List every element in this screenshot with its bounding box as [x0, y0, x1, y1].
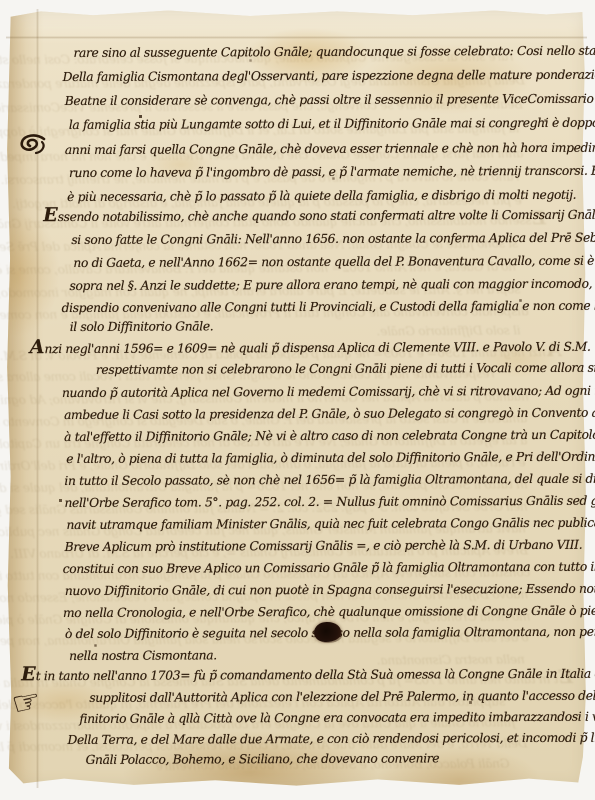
- manuscript-line: la famiglia stia più Lungamte sotto di L…: [69, 115, 595, 133]
- manuscript-line: à tal'effetto il Diffinitorio Gnāle; Nè …: [64, 427, 595, 446]
- ink-blot: [314, 622, 341, 642]
- manuscript-line: Della Terra, e del Mare dalle due Armate…: [67, 729, 595, 748]
- manuscript-line: constitui con suo Breve Aplico un Comiss…: [63, 559, 595, 577]
- manuscript-line: Breve Aplicum prò institutione Comissari…: [65, 537, 583, 555]
- margin-flourish-icon: [16, 132, 50, 168]
- manuscript-line: e l'altro, ò piena di tutta la famiglia,…: [66, 449, 595, 467]
- manuscript-line: rare sino al susseguente Capitolo Gnāle;…: [73, 42, 595, 61]
- manuscript-line: Anzi negl'anni 1596= e 1609= nè quali p̃…: [30, 337, 591, 357]
- manuscript-line: finitorio Gnāle à qllà Città ove là Cong…: [79, 709, 595, 727]
- manuscript-line: nella nostra Cismontana.: [69, 647, 217, 664]
- manuscript-line: respettivamte non si celebrarono le Cong…: [96, 359, 595, 378]
- manuscript-line: mo nella Cronologia, e nell'Orbe Serafic…: [63, 603, 595, 621]
- handwritten-text: rare sino al susseguente Capitolo Gnāle;…: [0, 0, 595, 800]
- manuscript-line: Beatne il considerare sè convenga, chè p…: [65, 90, 595, 109]
- manuscript-line: nell'Orbe Serafico tom. 5°. pag. 252. co…: [64, 493, 595, 511]
- manuscript-line: Et in tanto nell'anno 1703= fù p̃ comand…: [21, 664, 595, 685]
- manuscript-line: anni mai farsi quella Congne Gnāle, chè …: [65, 139, 595, 158]
- manuscript-line: supplitosi dall'Auttorità Aplica con l'e…: [89, 688, 595, 706]
- manuscript-line: no di Gaeta, e nell'Anno 1662= non ostan…: [73, 253, 595, 271]
- manuscript-line: nuovo Diffinitorio Gnāle, di cui non puo…: [65, 581, 595, 599]
- manuscript-line: Gnāli Polacco, Bohemo, e Siciliano, che …: [86, 750, 440, 768]
- manuscript-line: in tutto il Secolo passato, sè non chè n…: [64, 471, 595, 489]
- ink-specks: [0, 0, 1, 1]
- manuscript-line: nuando p̃ autorità Aplica nel Governo li…: [62, 382, 595, 401]
- manuscript-line: sopra nel §. Anzi le suddette; E pure al…: [69, 276, 595, 294]
- manuscript-line: dispendio convenivano alle Congni tutti …: [62, 298, 595, 316]
- manuscript-line: Della famiglia Cismontana degl'Osservant…: [63, 66, 595, 85]
- manuscript-line: navit utramque familiam Minister Gnālis,…: [67, 515, 595, 533]
- manuscript-line: runo come lo haveva p̃ l'ingombro dè pas…: [69, 162, 595, 181]
- manuscript-line: è più necessaria, chè p̃ lo passato p̃ l…: [67, 187, 576, 205]
- manuscript-line: si sono fatte le Congni Gnāli: Nell'anno…: [71, 230, 595, 248]
- manuscript-scan: rare sino al susseguente Capitolo Gnāle;…: [0, 0, 595, 800]
- manuscript-line: il solo Diffinitorio Gnāle.: [70, 318, 214, 335]
- manuscript-line: ambedue li Casi sotto la presidenza del …: [64, 404, 595, 423]
- manuscript-line: Essendo notabilissimo, chè anche quando …: [43, 204, 595, 225]
